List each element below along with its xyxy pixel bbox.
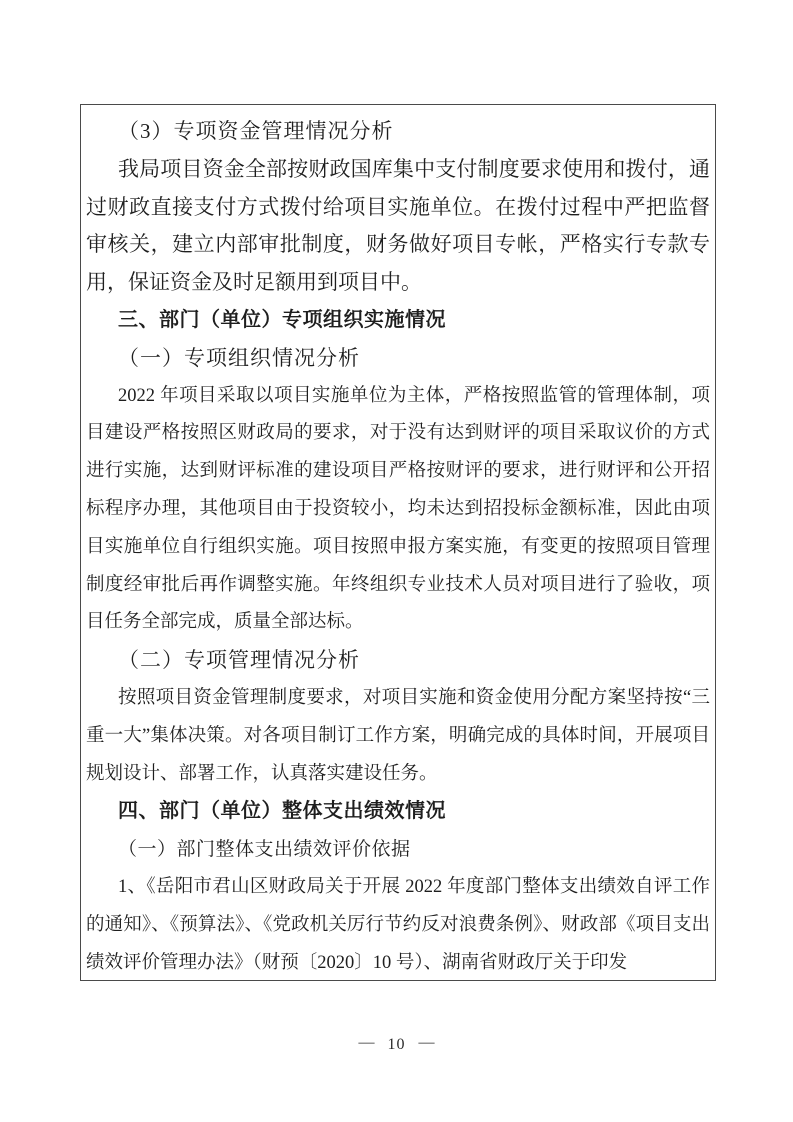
footer-dash-left: — (359, 1034, 375, 1052)
paragraph-fund-management: 我局项目资金全部按财政国库集中支付制度要求使用和拨付，通过财政直接支付方式拨付给… (86, 151, 710, 302)
subheading-evaluation-basis: （一）部门整体支出绩效评价依据 (86, 831, 710, 869)
content-frame: （3）专项资金管理情况分析 我局项目资金全部按财政国库集中支付制度要求使用和拨付… (80, 104, 716, 981)
footer-dash-right: — (419, 1034, 435, 1052)
subheading-special-fund-management-analysis: （3）专项资金管理情况分析 (86, 113, 710, 151)
subheading-management-analysis: （二）专项管理情况分析 (86, 642, 710, 680)
page-footer: —10— (0, 1036, 793, 1054)
heading-section-3-organization-implementation: 三、部门（单位）专项组织实施情况 (86, 302, 710, 340)
paragraph-management-decision: 按照项目资金管理制度要求，对项目实施和资金使用分配方案坚持按“三重一大”集体决策… (86, 680, 710, 793)
paragraph-organization-implementation: 2022 年项目采取以项目实施单位为主体，严格按照监管的管理体制，项目建设严格按… (86, 378, 710, 643)
subheading-organization-analysis: （一）专项组织情况分析 (86, 340, 710, 378)
heading-section-4-overall-expenditure-performance: 四、部门（单位）整体支出绩效情况 (86, 793, 710, 831)
page-number: 10 (388, 1036, 406, 1054)
paragraph-evaluation-basis-documents: 1、《岳阳市君山区财政局关于开展 2022 年度部门整体支出绩效自评工作的通知》… (86, 869, 710, 981)
